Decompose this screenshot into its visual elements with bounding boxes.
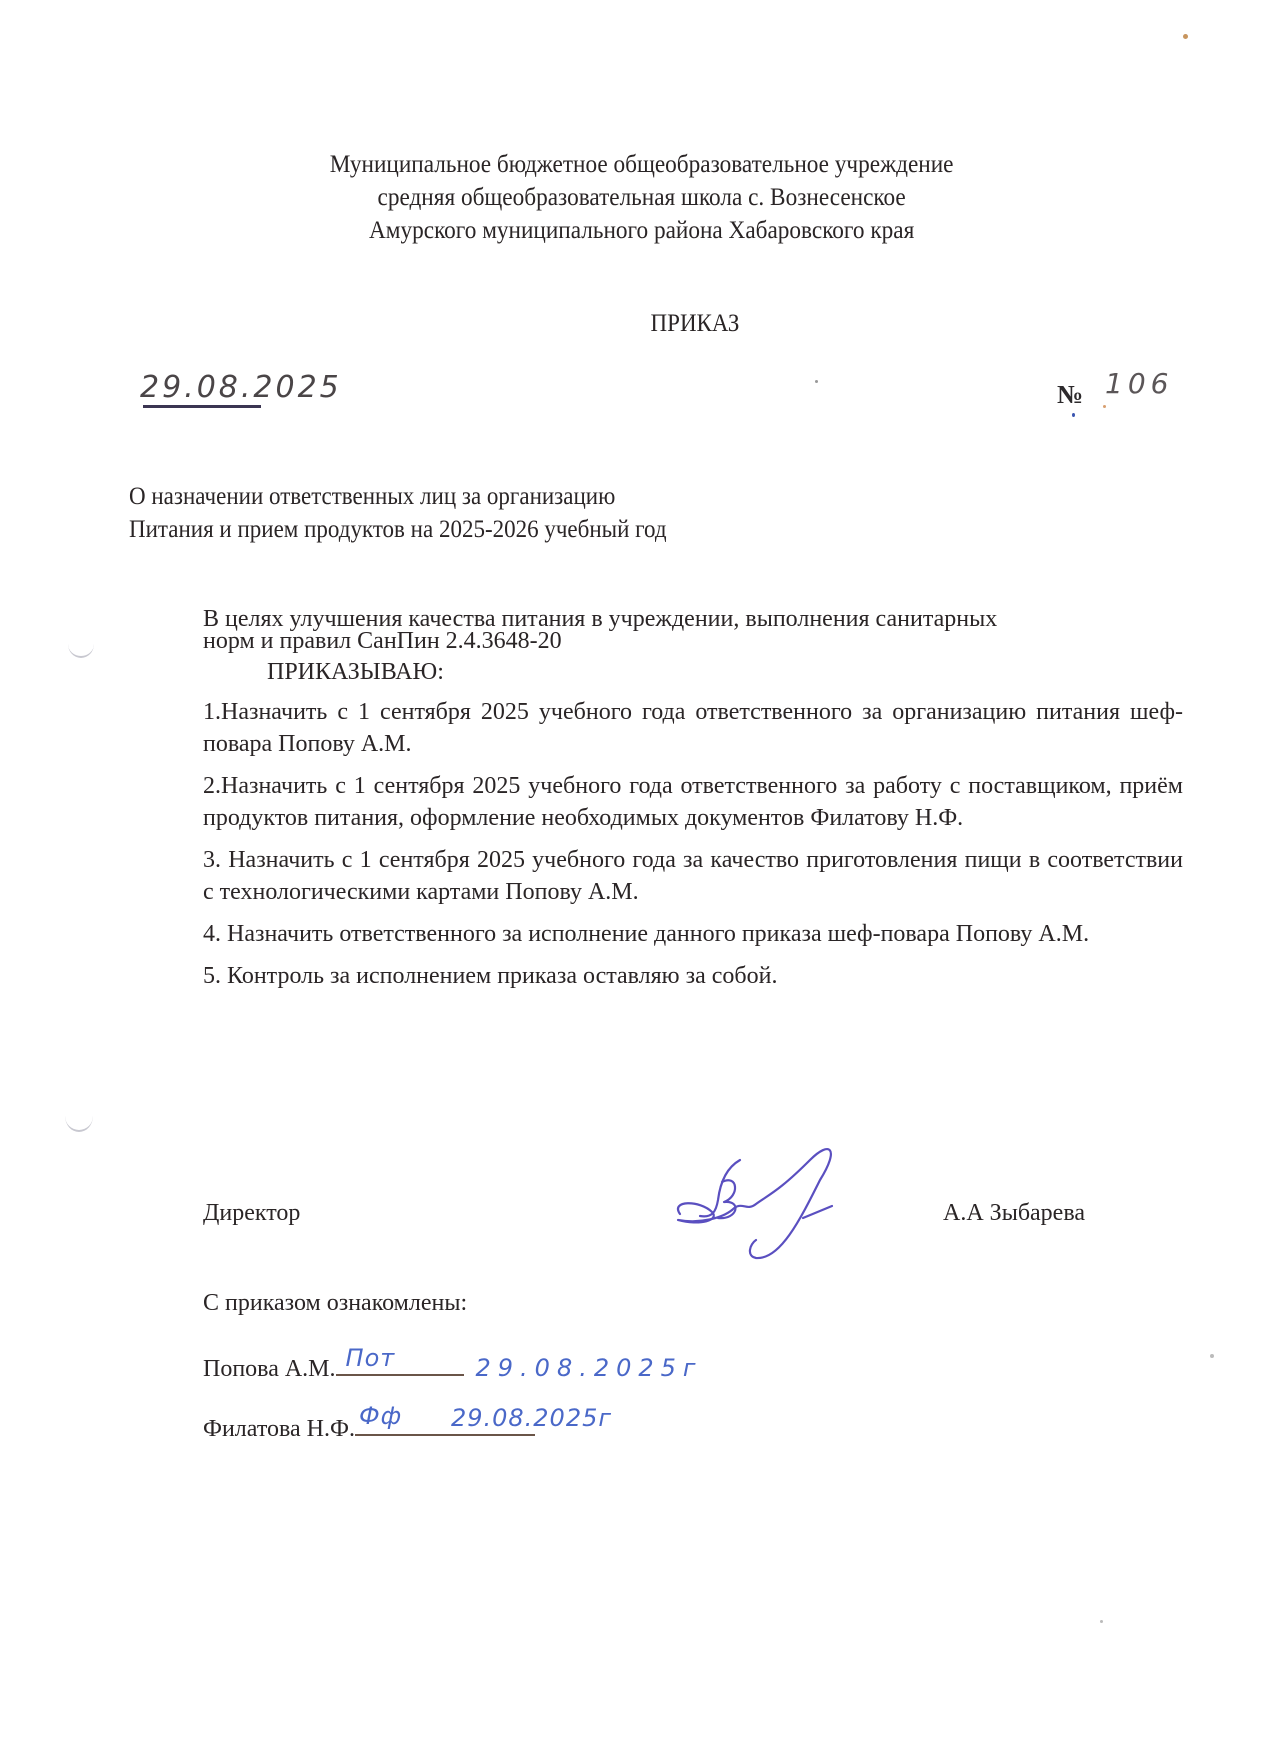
order-item-1: 1.Назначить с 1 сентября 2025 учебного г… [203, 696, 1183, 760]
ack-date: 29.08.2025г [451, 1404, 612, 1432]
ack-name: Попова А.М. [203, 1356, 336, 1382]
order-body: В целях улучшения качества питания в учр… [203, 608, 1183, 1002]
number-sign: № [1057, 380, 1083, 410]
scan-dot [1183, 34, 1188, 39]
scan-dot [1072, 413, 1075, 417]
order-item-5: 5. Контроль за исполнением приказа остав… [203, 960, 1183, 992]
signature-line: Фф 29.08.2025г [355, 1410, 535, 1436]
ack-date: 29.08.2025г [476, 1354, 703, 1382]
order-item-2: 2.Назначить с 1 сентября 2025 учебного г… [203, 770, 1183, 834]
preamble-line-2: норм и правил СанПин 2.4.3648-20 [203, 630, 1183, 652]
ack-signature: Пот [346, 1344, 396, 1372]
scan-mark [65, 1100, 93, 1132]
institution-line-3: Амурского муниципального района Хабаровс… [48, 214, 1235, 247]
preamble-line-1: В целях улучшения качества питания в учр… [203, 608, 1183, 630]
preamble: В целях улучшения качества питания в учр… [203, 608, 1183, 652]
handwritten-date: 29.08.2025 [140, 370, 342, 405]
order-subject: О назначении ответственных лиц за органи… [129, 480, 667, 546]
institution-line-1: Муниципальное бюджетное общеобразователь… [48, 148, 1235, 181]
director-name: А.А Зыбарева [943, 1200, 1085, 1227]
scan-dot [815, 380, 818, 383]
acknowledgement-heading: С приказом ознакомлены: [203, 1290, 467, 1317]
order-item-4: 4. Назначить ответственного за исполнени… [203, 918, 1183, 950]
scan-dot [1103, 405, 1106, 408]
signature-line: Пот [336, 1350, 464, 1376]
scan-dot [1100, 1620, 1103, 1623]
institution-line-2: средняя общеобразовательная школа с. Воз… [48, 181, 1235, 214]
order-item-3: 3. Назначить с 1 сентября 2025 учебного … [203, 844, 1183, 908]
subject-line-1: О назначении ответственных лиц за органи… [129, 480, 667, 513]
subject-line-2: Питания и прием продуктов на 2025-2026 у… [129, 513, 667, 546]
director-signature-icon [660, 1140, 860, 1280]
document-title: ПРИКАЗ [56, 310, 1276, 338]
order-word: ПРИКАЗЫВАЮ: [203, 656, 1183, 688]
scan-dot [1210, 1354, 1214, 1358]
acknowledgement-row-filatova: Филатова Н.Ф. Фф 29.08.2025г [203, 1410, 535, 1443]
handwritten-order-number: 106 [1105, 367, 1173, 400]
scan-mark [68, 630, 94, 658]
date-underline [143, 405, 261, 408]
ack-signature: Фф [359, 1402, 402, 1430]
director-position: Директор [203, 1200, 300, 1227]
acknowledgement-row-popova: Попова А.М. Пот 29.08.2025г [203, 1350, 703, 1383]
institution-header: Муниципальное бюджетное общеобразователь… [48, 148, 1235, 247]
ack-name: Филатова Н.Ф. [203, 1416, 355, 1442]
